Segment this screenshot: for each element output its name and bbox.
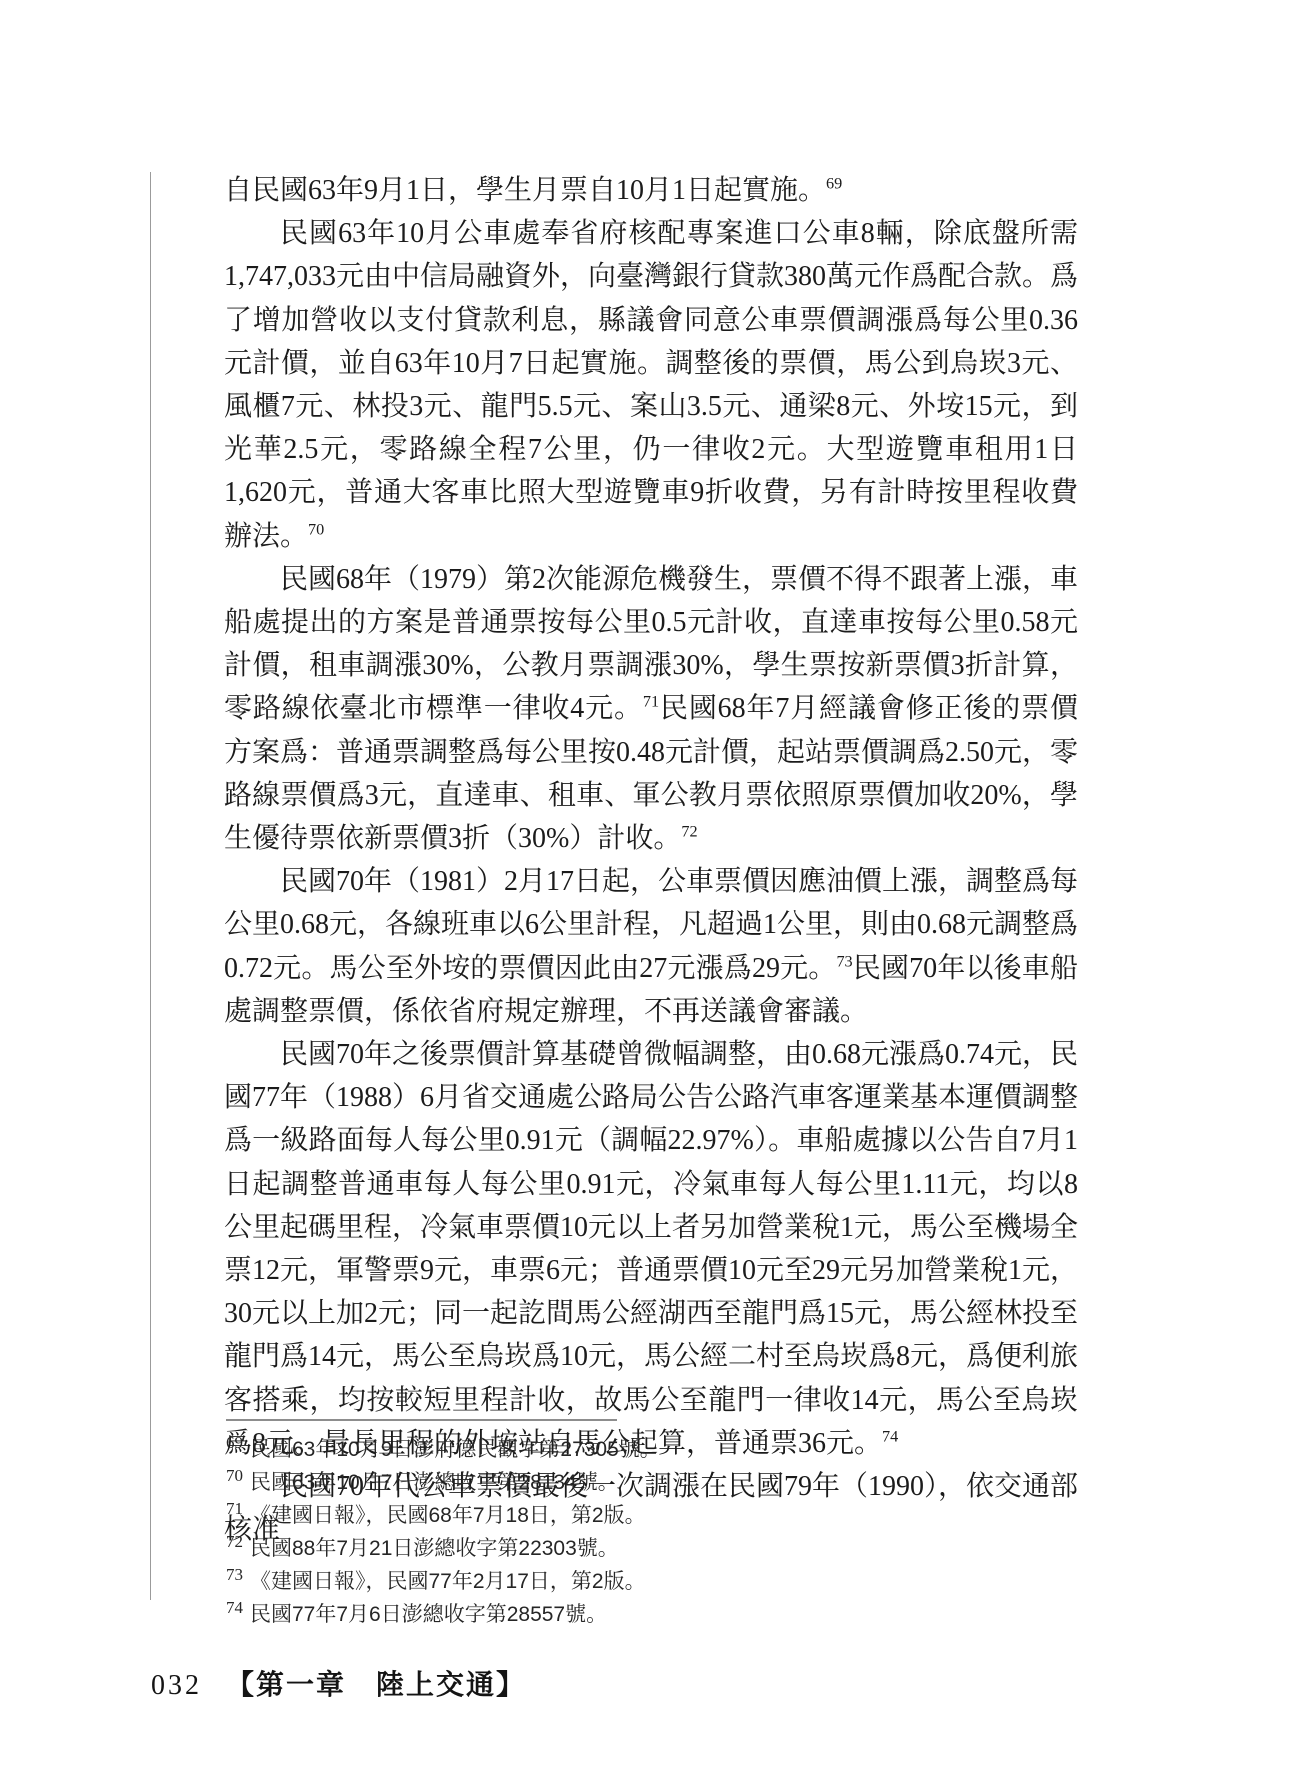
paragraph: 自民國63年9月1日，學生月票自10月1日起實施。69 [224, 169, 1078, 212]
footnote-text: 《建國日報》，民國77年2月17日，第2版。 [250, 1570, 646, 1593]
footnote-item: 74民國77年7月6日澎總收字第28557號。 [226, 1598, 1046, 1631]
book-page: 自民國63年9月1日，學生月票自10月1日起實施。69民國63年10月公車處奉省… [0, 0, 1300, 1778]
body-text: 自民國63年9月1日，學生月票自10月1日起實施。69民國63年10月公車處奉省… [224, 169, 1078, 1552]
page-footer: 032【第一章 陸上交通】 [151, 1663, 526, 1703]
paragraph-text: 民國70年之後票價計算基礎曾微幅調整，由0.68元漲爲0.74元，民國77年（1… [224, 1039, 1078, 1459]
footnote-text: 民國77年7月6日澎總收字第28557號。 [250, 1603, 607, 1626]
footnote-number: 70 [226, 1466, 243, 1485]
footnote-ref: 72 [681, 823, 697, 841]
footnote-text: 《建國日報》，民國68年7月18日，第2版。 [250, 1504, 646, 1527]
paragraph-text: 自民國63年9月1日，學生月票自10月1日起實施。 [224, 175, 826, 206]
footnote-text: 民國63年10月9日澎府德民觀字第27305號。 [250, 1438, 661, 1461]
footnote-item: 70民國63年10月7日澎總收字第28134號。 [226, 1466, 1046, 1499]
footnote-number: 71 [226, 1499, 243, 1518]
paragraph: 民國63年10月公車處奉省府核配專案進口公車8輛，除底盤所需1,747,033元… [224, 212, 1078, 558]
footnote-number: 74 [226, 1598, 243, 1617]
footnotes-list: 69民國63年10月9日澎府德民觀字第27305號。70民國63年10月7日澎總… [226, 1433, 1046, 1631]
paragraph: 民國70年之後票價計算基礎曾微幅調整，由0.68元漲爲0.74元，民國77年（1… [224, 1033, 1078, 1465]
left-margin-rule [150, 172, 151, 1600]
page-number: 032 [151, 1670, 202, 1701]
footnote-ref: 73 [836, 952, 852, 970]
footnote-ref: 69 [826, 175, 842, 193]
paragraph: 民國68年（1979）第2次能源危機發生，票價不得不跟著上漲，車船處提出的方案是… [224, 558, 1078, 860]
footnote-ref: 70 [308, 520, 324, 538]
footnote-text: 民國63年10月7日澎總收字第28134號。 [250, 1471, 619, 1494]
footnote-item: 71《建國日報》，民國68年7月18日，第2版。 [226, 1499, 1046, 1532]
paragraph: 民國70年（1981）2月17日起，公車票價因應油價上漲，調整爲每公里0.68元… [224, 860, 1078, 1033]
footnote-separator [226, 1419, 617, 1421]
footnote-text: 民國88年7月21日澎總收字第22303號。 [250, 1537, 619, 1560]
footnote-item: 72民國88年7月21日澎總收字第22303號。 [226, 1532, 1046, 1565]
footnote-ref: 71 [643, 693, 659, 711]
footnote-number: 73 [226, 1565, 243, 1584]
footnote-number: 72 [226, 1532, 243, 1551]
paragraph-text: 民國63年10月公車處奉省府核配專案進口公車8輛，除底盤所需1,747,033元… [224, 218, 1078, 551]
footnote-item: 69民國63年10月9日澎府德民觀字第27305號。 [226, 1433, 1046, 1466]
chapter-title: 【第一章 陸上交通】 [226, 1670, 526, 1701]
footnote-item: 73《建國日報》，民國77年2月17日，第2版。 [226, 1565, 1046, 1598]
footnote-number: 69 [226, 1433, 243, 1452]
